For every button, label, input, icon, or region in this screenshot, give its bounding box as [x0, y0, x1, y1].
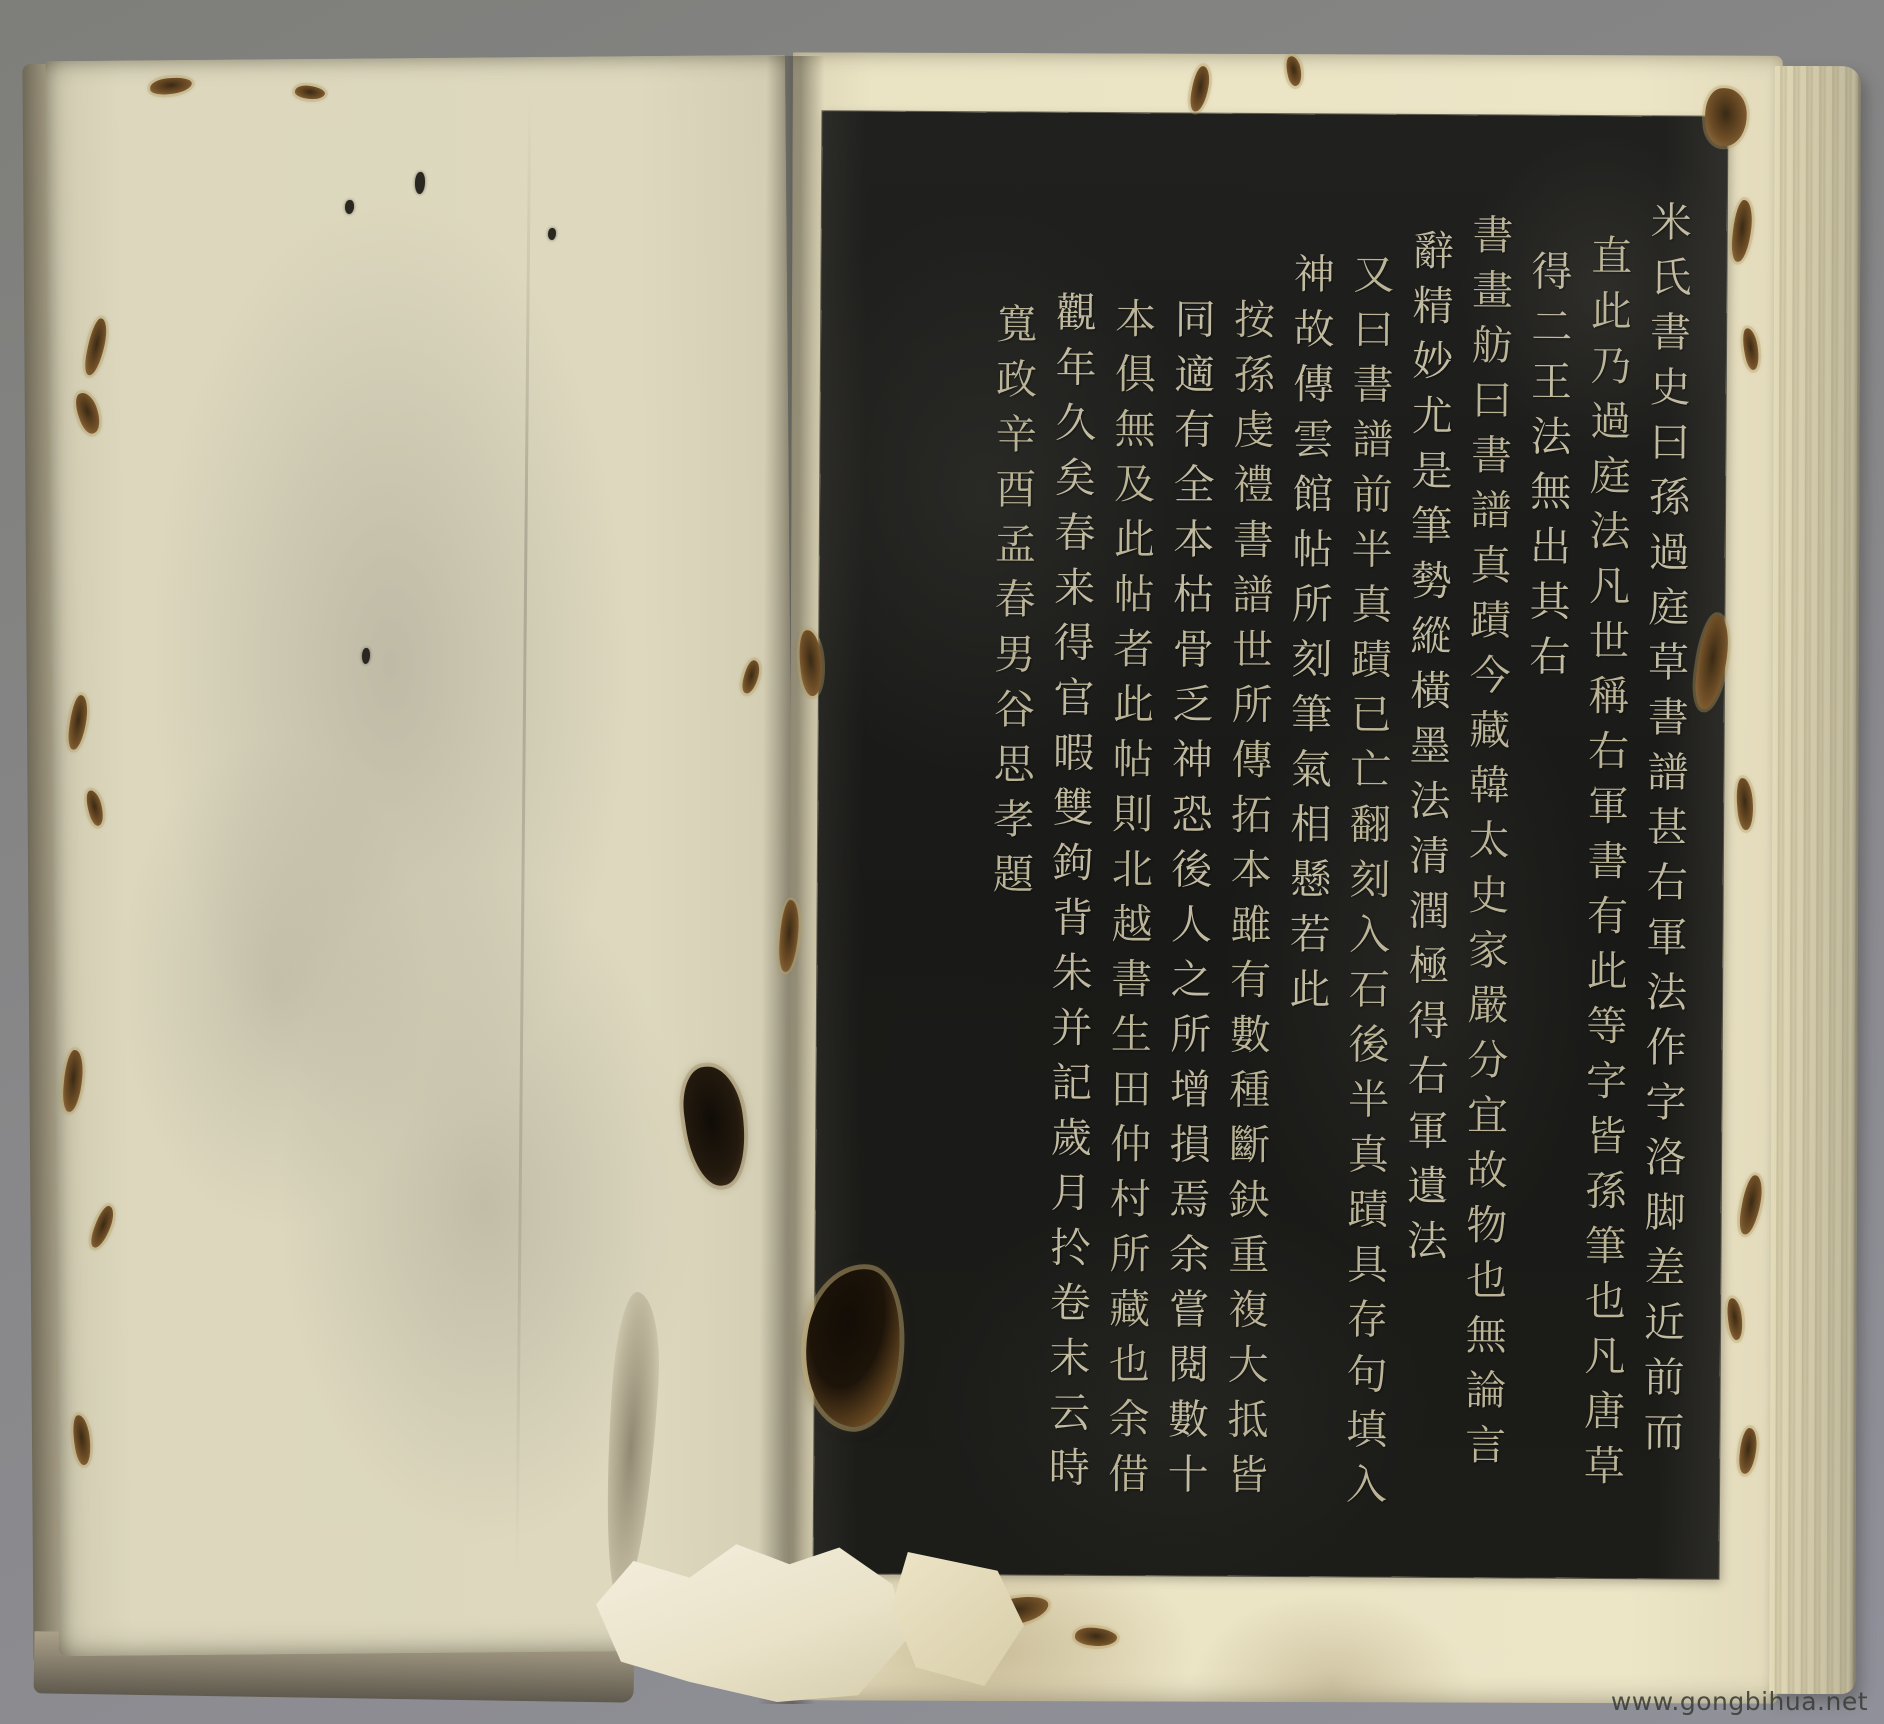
- text-column-7: 神故傳雲館帖所刻筆氣相懸若此: [1273, 252, 1340, 1538]
- text-column-9: 同適有全本枯骨乏神恐後人之所增損焉余嘗閱數十: [1154, 297, 1221, 1537]
- page-stack-fore-edge: [1769, 66, 1861, 1694]
- calligraphy-columns: 米氏書史曰孫過庭草書譜甚右軍法作字洛脚差近前而 直此乃過庭法凡世稱右軍書有此等字…: [814, 111, 1728, 1579]
- photo-scene: 米氏書史曰孫過庭草書譜甚右軍法作字洛脚差近前而 直此乃過庭法凡世稱右軍書有此等字…: [0, 0, 1884, 1724]
- page-crease: [515, 97, 531, 1577]
- watermark-text: www.gongbihua.net: [1611, 1687, 1868, 1716]
- text-column-4: 書畫舫曰書譜真蹟今藏韓太史家嚴分宜故物也無論言: [1451, 213, 1519, 1539]
- text-column-11: 觀年久矣春来得官暇雙鉤背朱并記歲月扵卷末云時: [1035, 291, 1102, 1537]
- text-column-8: 按孫虔禮書譜世所傳拓本雖有數種斷鈌重複大抵皆: [1213, 298, 1280, 1538]
- text-column-3: 得二王法無出其右: [1510, 250, 1577, 1540]
- left-blank-page: [45, 55, 799, 1656]
- text-column-2: 直此乃過庭法凡世稱右軍書有此等字皆孫筆也凡唐草: [1570, 234, 1637, 1540]
- text-column-1: 米氏書史曰孫過庭草書譜甚右軍法作字洛脚差近前而: [1629, 200, 1697, 1540]
- text-column-5: 辭精妙尤是筆勢縱橫墨法清潤極得右軍遺法: [1392, 229, 1459, 1539]
- text-column-12: 寬政辛酉孟春男谷思孝題: [976, 302, 1043, 1536]
- text-column-6: 又曰書譜前半真蹟已亡翻刻入石後半真蹟具存句填入: [1332, 252, 1399, 1538]
- text-column-10: 本俱無及此帖者此帖則北越書生田仲村所藏也余借: [1094, 297, 1161, 1537]
- ink-rubbing-plate: 米氏書史曰孫過庭草書譜甚右軍法作字洛脚差近前而 直此乃過庭法凡世稱右軍書有此等字…: [814, 111, 1728, 1579]
